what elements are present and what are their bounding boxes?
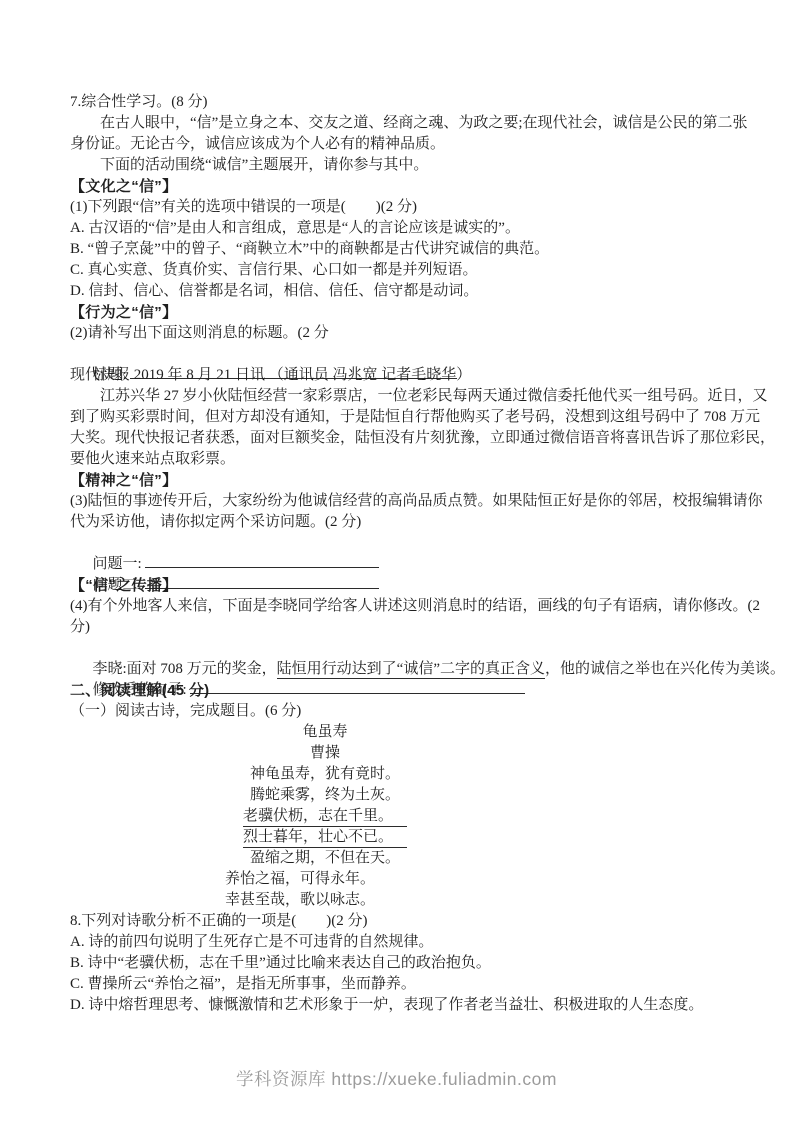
poem-author: 曹操	[70, 743, 580, 764]
poem-line-text: 神龟虽寿，犹有竟时。	[250, 766, 400, 782]
question-3-answer-blank-2	[145, 575, 379, 589]
section-header-behavior: 【行为之“信”】	[70, 302, 750, 323]
question-1-option-b: B. “曾子烹彘”中的曾子、“商鞅立木”中的商鞅都是古代讲究诚信的典范。	[70, 239, 750, 260]
poem-line-text: 养怡之福，可得永年。	[225, 871, 375, 887]
poem-line: 养怡之福，可得永年。	[45, 869, 555, 890]
question-8-text: 8.下列对诗歌分析不正确的一项是( )(2 分)	[70, 911, 750, 932]
question-1-option-a: A. 古汉语的“信”是由人和言组成，意思是“人的言论应该是诚实的”。	[70, 218, 750, 239]
section-2-subheading: （一）阅读古诗，完成题目。(6 分)	[70, 701, 750, 722]
question-4-line-1: (4)有个外地客人来信，下面是李晓同学给客人讲述这则消息时的结语，画线的句子有语…	[70, 596, 750, 617]
intro-line-3: 下面的活动围绕“诚信”主题展开，请你参与其中。	[70, 155, 750, 176]
news-line-4: 要他火速来站点取彩票。	[70, 449, 750, 470]
news-source-line: 现代快报 2019 年 8 月 21 日讯 （通讯员 冯兆宽 记者毛晓华）	[70, 365, 750, 386]
poem-line-text: 盈缩之期，不但在天。	[250, 850, 400, 866]
poem-line-text: 腾蛇乘雾，终为土灰。	[250, 787, 400, 803]
question-3-line-1: (3)陆恒的事迹传开后，大家纷纷为他诚信经营的高尚品质点赞。如果陆恒正好是你的邻…	[70, 491, 750, 512]
section-header-culture: 【文化之“信”】	[70, 176, 750, 197]
question-8-option-b: B. 诗中“老骥伏枥，志在千里”通过比喻来表达自己的政治抱负。	[70, 953, 750, 974]
question-3-blank-1-line: 问题一:	[70, 533, 750, 554]
news-line-3: 大奖。现代快报记者获悉，面对巨额奖金，陆恒没有片刻犹豫，立即通过微信语音将喜讯告…	[70, 428, 750, 449]
poem-line: 盈缩之期，不但在天。	[70, 848, 580, 869]
section-header-spread: 【“信”之传播】	[70, 575, 750, 596]
intro-line-2: 身份证。无论古今，诚信应该成为个人必有的精神品质。	[70, 134, 750, 155]
lixiao-underlined-clause: 陆恒用行动达到了“诚信”二字的真正含义	[277, 661, 545, 679]
question-8-option-d: D. 诗中熔哲理思考、慷慨激情和艺术形象于一炉，表现了作者老当益壮、积极进取的人…	[70, 995, 750, 1016]
exam-page: 7.综合性学习。(8 分) 在古人眼中，“信”是立身之本、交友之道、经商之魂、为…	[0, 0, 793, 1122]
intro-line-1: 在古人眼中，“信”是立身之本、交友之道、经商之魂、为政之要;在现代社会，诚信是公…	[70, 113, 750, 134]
question-8-option-a: A. 诗的前四句说明了生死存亡是不可违背的自然规律。	[70, 932, 750, 953]
section-header-spirit: 【精神之“信”】	[70, 470, 750, 491]
poem-line-text: 幸甚至哉，歌以咏志。	[225, 892, 375, 908]
lixiao-statement-line: 李晓:面对 708 万元的奖金，陆恒用行动达到了“诚信”二字的真正含义，他的诚信…	[70, 638, 750, 659]
poem-line: 腾蛇乘雾，终为土灰。	[70, 785, 580, 806]
question-2-text: (2)请补写出下面这则消息的标题。(2 分	[70, 323, 750, 344]
question-1-option-c: C. 真心实意、货真价实、言信行果、心口如一都是并列短语。	[70, 260, 750, 281]
news-line-2: 到了购买彩票时间，但对方却没有通知，于是陆恒自行帮他购买了老号码，没想到这组号码…	[70, 407, 750, 428]
news-line-1: 江苏兴华 27 岁小伙陆恒经营一家彩票店，一位老彩民每两天通过微信委托他代买一组…	[70, 386, 750, 407]
question-4-line-2: 分)	[70, 617, 750, 638]
exam-content: 7.综合性学习。(8 分) 在古人眼中，“信”是立身之本、交友之道、经商之魂、为…	[70, 92, 750, 1016]
question-8-option-c: C. 曹操所云“养怡之福”，是指无所事事，坐而静养。	[70, 974, 750, 995]
title-blank-line: 标题:	[70, 344, 750, 365]
poem-line: 烈士暮年，壮心不已。	[70, 827, 580, 848]
footer-watermark: 学科资源库 https://xueke.fuliadmin.com	[0, 1066, 793, 1091]
poem-line: 神龟虽寿，犹有竟时。	[70, 764, 580, 785]
lixiao-statement-prefix: 李晓:面对 708 万元的奖金，	[93, 661, 277, 677]
question-3-answer-blank-1	[145, 554, 379, 568]
poem-line: 幸甚至哉，歌以咏志。	[45, 890, 555, 911]
question-3-blank-1-label: 问题一:	[93, 556, 142, 572]
question-1-text: (1)下列跟“信”有关的选项中错误的一项是( )(2 分)	[70, 197, 750, 218]
question-3-line-2: 代为采访他，请你拟定两个采访问题。(2 分)	[70, 512, 750, 533]
poem-line-underlined-text: 老骥伏枥，志在千里。	[243, 808, 407, 827]
poem-block: 龟虽寿 曹操 神龟虽寿，犹有竟时。 腾蛇乘雾，终为土灰。 老骥伏枥，志在千里。 …	[70, 722, 580, 911]
question-7-heading: 7.综合性学习。(8 分)	[70, 92, 750, 113]
poem-line: 老骥伏枥，志在千里。	[70, 806, 580, 827]
revised-sentence-answer-blank	[190, 680, 525, 694]
question-1-option-d: D. 信封、信心、信誉都是名词，相信、信任、信守都是动词。	[70, 281, 750, 302]
poem-title: 龟虽寿	[70, 722, 580, 743]
poem-line-underlined-text: 烈士暮年，壮心不已。	[243, 829, 407, 848]
lixiao-statement-suffix: ，他的诚信之举也在兴化传为美谈。	[545, 661, 785, 677]
